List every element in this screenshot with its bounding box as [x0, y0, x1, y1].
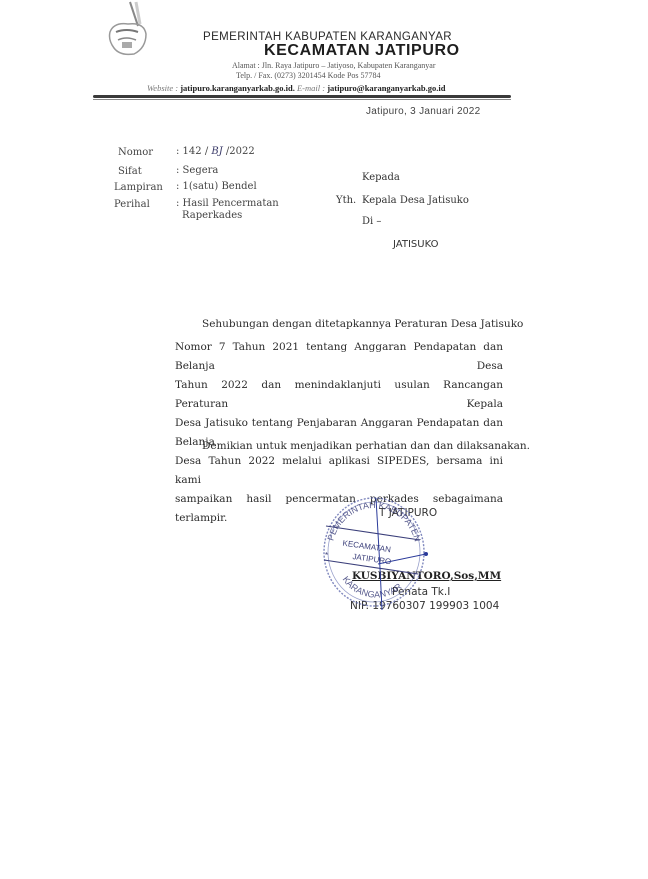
meta-value-perihal-line2: Raperkades — [182, 210, 242, 221]
nomor-prefix: : 142 / — [176, 146, 211, 157]
recipient-yth: Yth. — [336, 195, 356, 206]
body-paragraph-2: Demikian untuk menjadikan perhatian dan … — [202, 440, 530, 452]
office-name: KECAMATAN JATIPURO — [264, 42, 460, 60]
email-link[interactable]: jatipuro@karanganyarkab.go.id — [327, 83, 445, 93]
letter-date: Jatipuro, 3 Januari 2022 — [366, 106, 481, 117]
svg-text:JATIPURO: JATIPURO — [352, 552, 392, 566]
recipient-name: Kepala Desa Jatisuko — [362, 195, 469, 206]
meta-label-nomor: Nomor — [118, 147, 153, 158]
meta-label-sifat: Sifat — [118, 166, 142, 177]
letterhead-divider — [93, 95, 511, 98]
office-address: Alamat : Jln. Raya Jatipuro – Jatiyoso, … — [232, 61, 436, 70]
meta-value-lampiran: : 1(satu) Bendel — [176, 181, 257, 192]
recipient-di: Di – — [362, 216, 381, 227]
body-line: Desa Tahun 2022 melalui aplikasi SIPEDES… — [175, 452, 503, 490]
meta-value-perihal: : Hasil Pencermatan — [176, 198, 279, 209]
letterhead-divider-thin — [93, 99, 511, 100]
body-paragraph-1-line-1: Sehubungan dengan ditetapkannya Peratura… — [202, 318, 523, 330]
body-line: Nomor 7 Tahun 2021 tentang Anggaran Pend… — [175, 338, 503, 376]
website-link[interactable]: jatipuro.karanganyarkab.go.id. — [180, 83, 295, 93]
recipient-place: JATISUKO — [393, 239, 438, 250]
meta-value-sifat: : Segera — [176, 165, 218, 176]
meta-label-perihal: Perihal — [114, 199, 150, 210]
svg-text:KARANGANYAR: KARANGANYAR — [341, 574, 404, 599]
recipient-kepada: Kepada — [362, 172, 400, 183]
svg-text:PEMERINTAH KABUPATEN: PEMERINTAH KABUPATEN — [326, 500, 423, 543]
nomor-handwritten: BJ — [211, 146, 222, 157]
email-label: E-mail : — [297, 83, 325, 93]
svg-text:*: * — [325, 551, 328, 560]
office-contacts: Website : jatipuro.karanganyarkab.go.id.… — [147, 83, 445, 93]
svg-text:KECAMATAN: KECAMATAN — [342, 539, 392, 555]
official-stamp-icon: PEMERINTAH KABUPATEN KARANGANYAR KECAMAT… — [318, 492, 430, 612]
meta-value-nomor: : 142 / BJ /2022 — [176, 146, 255, 157]
body-line: Tahun 2022 dan menindaklanjuti usulan Ra… — [175, 376, 503, 414]
meta-label-lampiran: Lampiran — [114, 182, 163, 193]
office-phone: Telp. / Fax. (0273) 3201454 Kode Pos 577… — [236, 71, 381, 80]
nomor-suffix: /2022 — [223, 146, 255, 157]
website-label: Website : — [147, 83, 178, 93]
regency-emblem-icon — [100, 0, 170, 60]
